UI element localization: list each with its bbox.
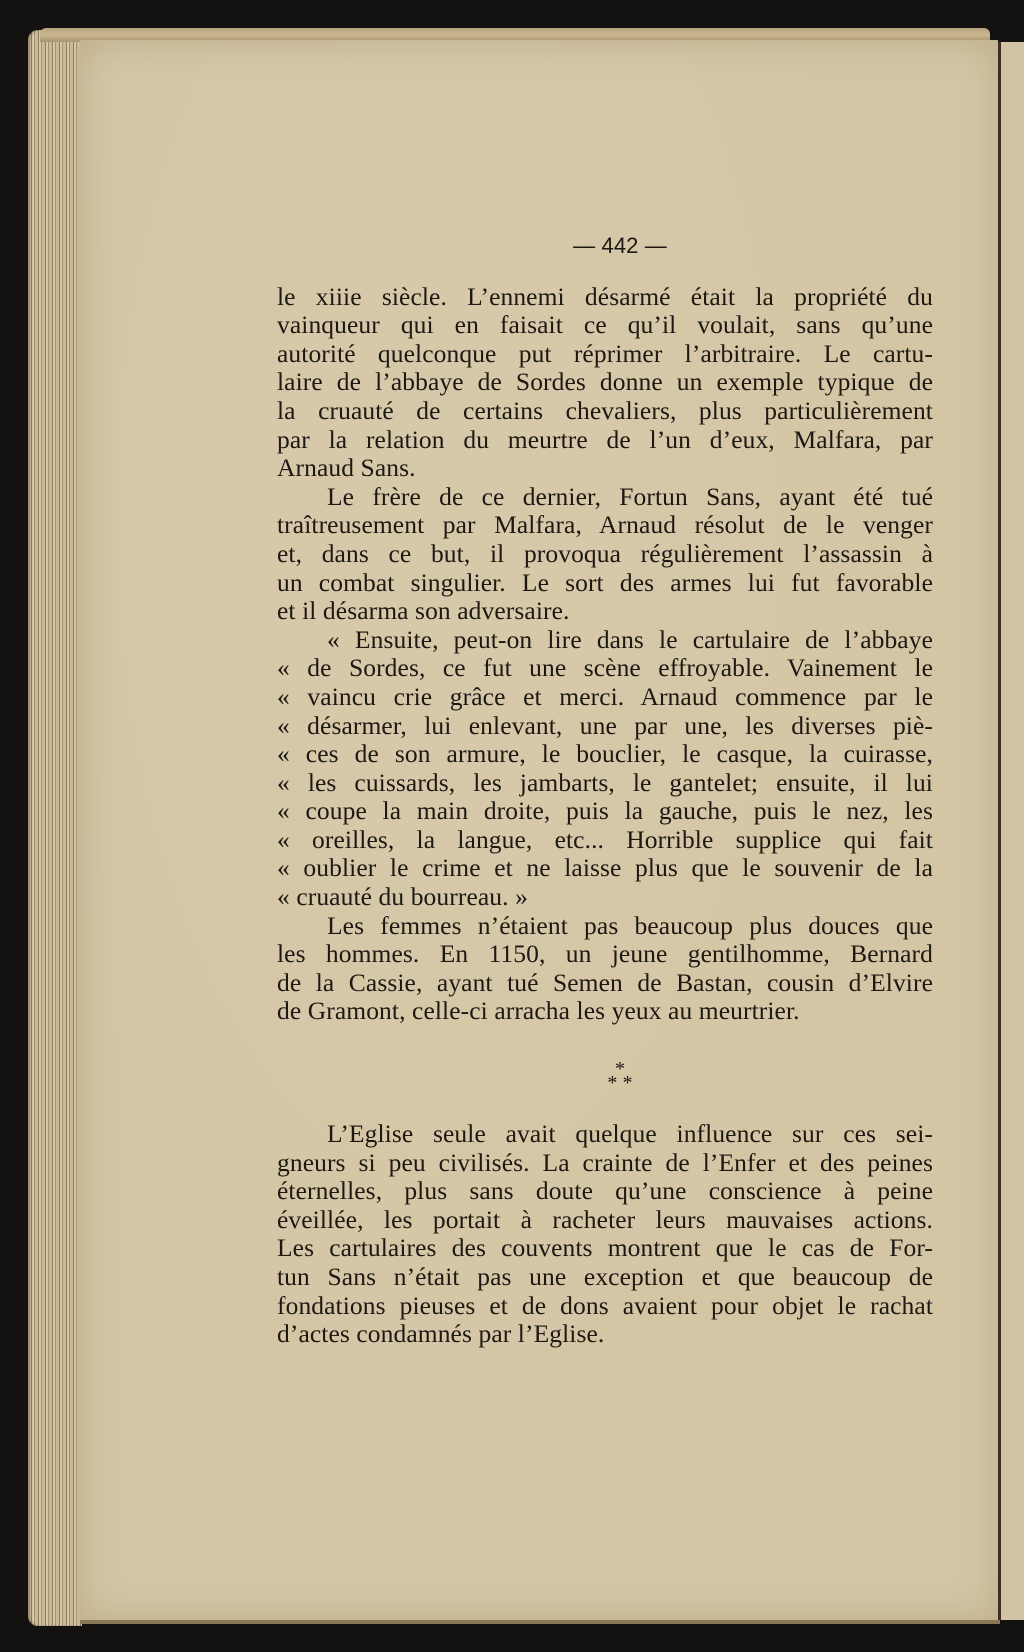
quotation-paragraph: « Ensuite, peut-on lire dans le cartulai… — [277, 626, 933, 912]
text-line: gneurs si peu civilisés. La crainte de l… — [277, 1149, 933, 1178]
page-number: — 442 — — [307, 232, 933, 261]
text-line: L’Eglise seule avait quelque influence s… — [277, 1120, 933, 1149]
text-line: éternelles, plus sans doute qu’une consc… — [277, 1177, 933, 1206]
quote-line: « oublier le crime et ne laisse plus que… — [277, 854, 933, 883]
paragraph-1: le xiiie siècle. L’ennemi désarmé était … — [277, 283, 933, 483]
text-line: Le frère de ce dernier, Fortun Sans, aya… — [277, 483, 933, 512]
text-line: le xiiie siècle. L’ennemi désarmé était … — [277, 283, 933, 312]
next-page-edge — [998, 42, 1024, 1620]
text-line: tun Sans n’était pas une exception et qu… — [277, 1263, 933, 1292]
text-line: d’actes condamnés par l’Eglise. — [277, 1320, 933, 1349]
text-line: autorité quelconque put réprimer l’arbit… — [277, 340, 933, 369]
quote-line: « oreilles, la langue, etc... Horrible s… — [277, 826, 933, 855]
text-line: par la relation du meurtre de l’un d’eux… — [277, 426, 933, 455]
text-line: la cruauté de certains chevaliers, plus … — [277, 397, 933, 426]
page-content: — 442 — le xiiie siècle. L’ennemi désarm… — [277, 232, 933, 1349]
text-line: et il désarma son adversaire. — [277, 597, 933, 626]
text-line: de Gramont, celle-ci arracha les yeux au… — [277, 997, 933, 1026]
page-bottom-edge — [80, 1620, 1000, 1624]
asterism-bottom: * * — [307, 1076, 933, 1090]
page-edges — [28, 30, 82, 1626]
quote-line: « cruauté du bourreau. » — [277, 883, 933, 912]
quote-line: « vaincu crie grâce et merci. Arnaud com… — [277, 683, 933, 712]
paragraph-5: L’Eglise seule avait quelque influence s… — [277, 1120, 933, 1349]
section-break-asterism: * * * — [307, 1062, 933, 1090]
quote-line: « ces de son armure, le bouclier, le cas… — [277, 740, 933, 769]
text-line: et, dans ce but, il provoqua régulièreme… — [277, 540, 933, 569]
text-line: fondations pieuses et de dons avaient po… — [277, 1292, 933, 1321]
paragraph-2: Le frère de ce dernier, Fortun Sans, aya… — [277, 483, 933, 626]
quote-line: « les cuissards, les jambarts, le gantel… — [277, 769, 933, 798]
quote-line: « coupe la main droite, puis la gauche, … — [277, 797, 933, 826]
text-line: les hommes. En 1150, un jeune gentilhomm… — [277, 940, 933, 969]
book-scan: — 442 — le xiiie siècle. L’ennemi désarm… — [0, 0, 1024, 1652]
quote-line: « de Sordes, ce fut une scène effroyable… — [277, 654, 933, 683]
text-line: laire de l’abbaye de Sordes donne un exe… — [277, 368, 933, 397]
text-line: vainqueur qui en faisait ce qu’il voulai… — [277, 311, 933, 340]
text-line: traîtreusement par Malfara, Arnaud résol… — [277, 511, 933, 540]
text-line: éveillée, les portait à racheter leurs m… — [277, 1206, 933, 1235]
text-line: un combat singulier. Le sort des armes l… — [277, 569, 933, 598]
text-line: Les femmes n’étaient pas beaucoup plus d… — [277, 912, 933, 941]
text-line: de la Cassie, ayant tué Semen de Bastan,… — [277, 969, 933, 998]
text-line: Arnaud Sans. — [277, 454, 933, 483]
quote-line: « désarmer, lui enlevant, une par une, l… — [277, 712, 933, 741]
paragraph-4: Les femmes n’étaient pas beaucoup plus d… — [277, 912, 933, 1026]
quote-line: « Ensuite, peut-on lire dans le cartulai… — [277, 626, 933, 655]
text-line: Les cartulaires des couvents montrent qu… — [277, 1234, 933, 1263]
